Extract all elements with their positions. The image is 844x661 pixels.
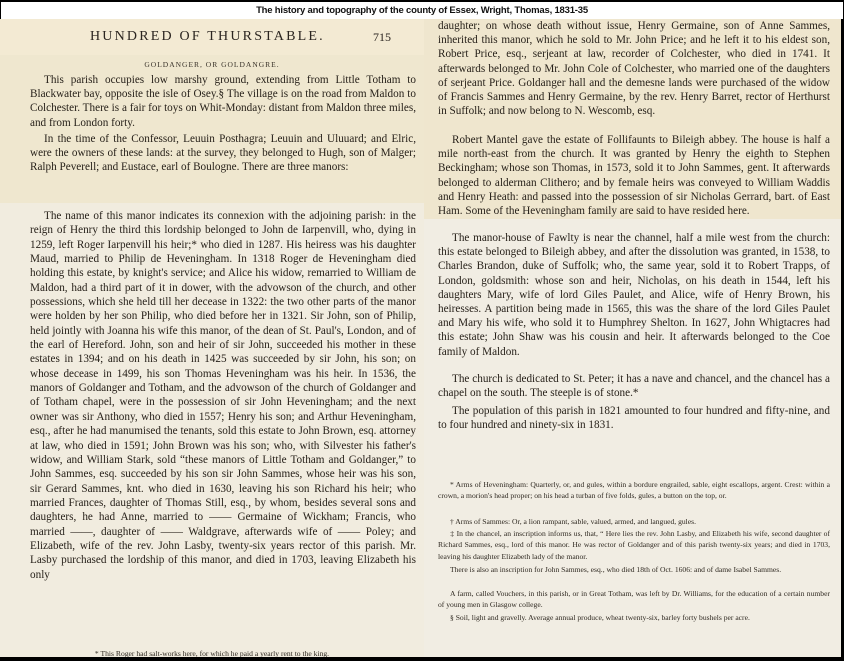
footnote: A farm, called Vouchers, in this parish,… bbox=[438, 588, 830, 611]
paragraph: Robert Mantel gave the estate of Follifa… bbox=[438, 133, 830, 218]
footnote: † Arms of Sammes: Or, a lion rampant, sa… bbox=[438, 516, 830, 527]
left-page: HUNDRED OF THURSTABLE. 715 GOLDANGER, OR… bbox=[0, 19, 424, 657]
document-title: The history and topography of the county… bbox=[256, 5, 588, 16]
paragraph: The population of this parish in 1821 am… bbox=[438, 404, 830, 432]
running-head-title: HUNDRED OF THURSTABLE. bbox=[90, 29, 325, 45]
footnote: § Soil, light and gravelly. Average annu… bbox=[438, 612, 830, 623]
right-page: daughter; on whose death without issue, … bbox=[424, 19, 841, 657]
paragraph: The name of this manor indicates its con… bbox=[30, 209, 416, 582]
page-number: 715 bbox=[373, 30, 391, 45]
footnote: * This Roger had salt-works here, for wh… bbox=[0, 649, 424, 657]
footnote: There is also an inscription for John Sa… bbox=[438, 564, 830, 575]
paragraph: In the time of the Confessor, Leuuin Pos… bbox=[30, 132, 416, 175]
footnote: * Arms of Heveningham: Quarterly, or, an… bbox=[438, 479, 830, 502]
paragraph: daughter; on whose death without issue, … bbox=[438, 19, 830, 118]
window-title-bar: The history and topography of the county… bbox=[0, 0, 844, 19]
frame-border bbox=[0, 657, 844, 661]
running-head: HUNDRED OF THURSTABLE. 715 bbox=[0, 27, 424, 47]
paragraph: The church is dedicated to St. Peter; it… bbox=[438, 372, 830, 400]
paragraph: This parish occupies low marshy ground, … bbox=[30, 73, 416, 130]
paragraph: The manor-house of Fawlty is near the ch… bbox=[438, 231, 830, 359]
section-heading: GOLDANGER, OR GOLDANGRE. bbox=[0, 60, 424, 69]
footnote: ‡ In the chancel, an inscription informs… bbox=[438, 528, 830, 562]
